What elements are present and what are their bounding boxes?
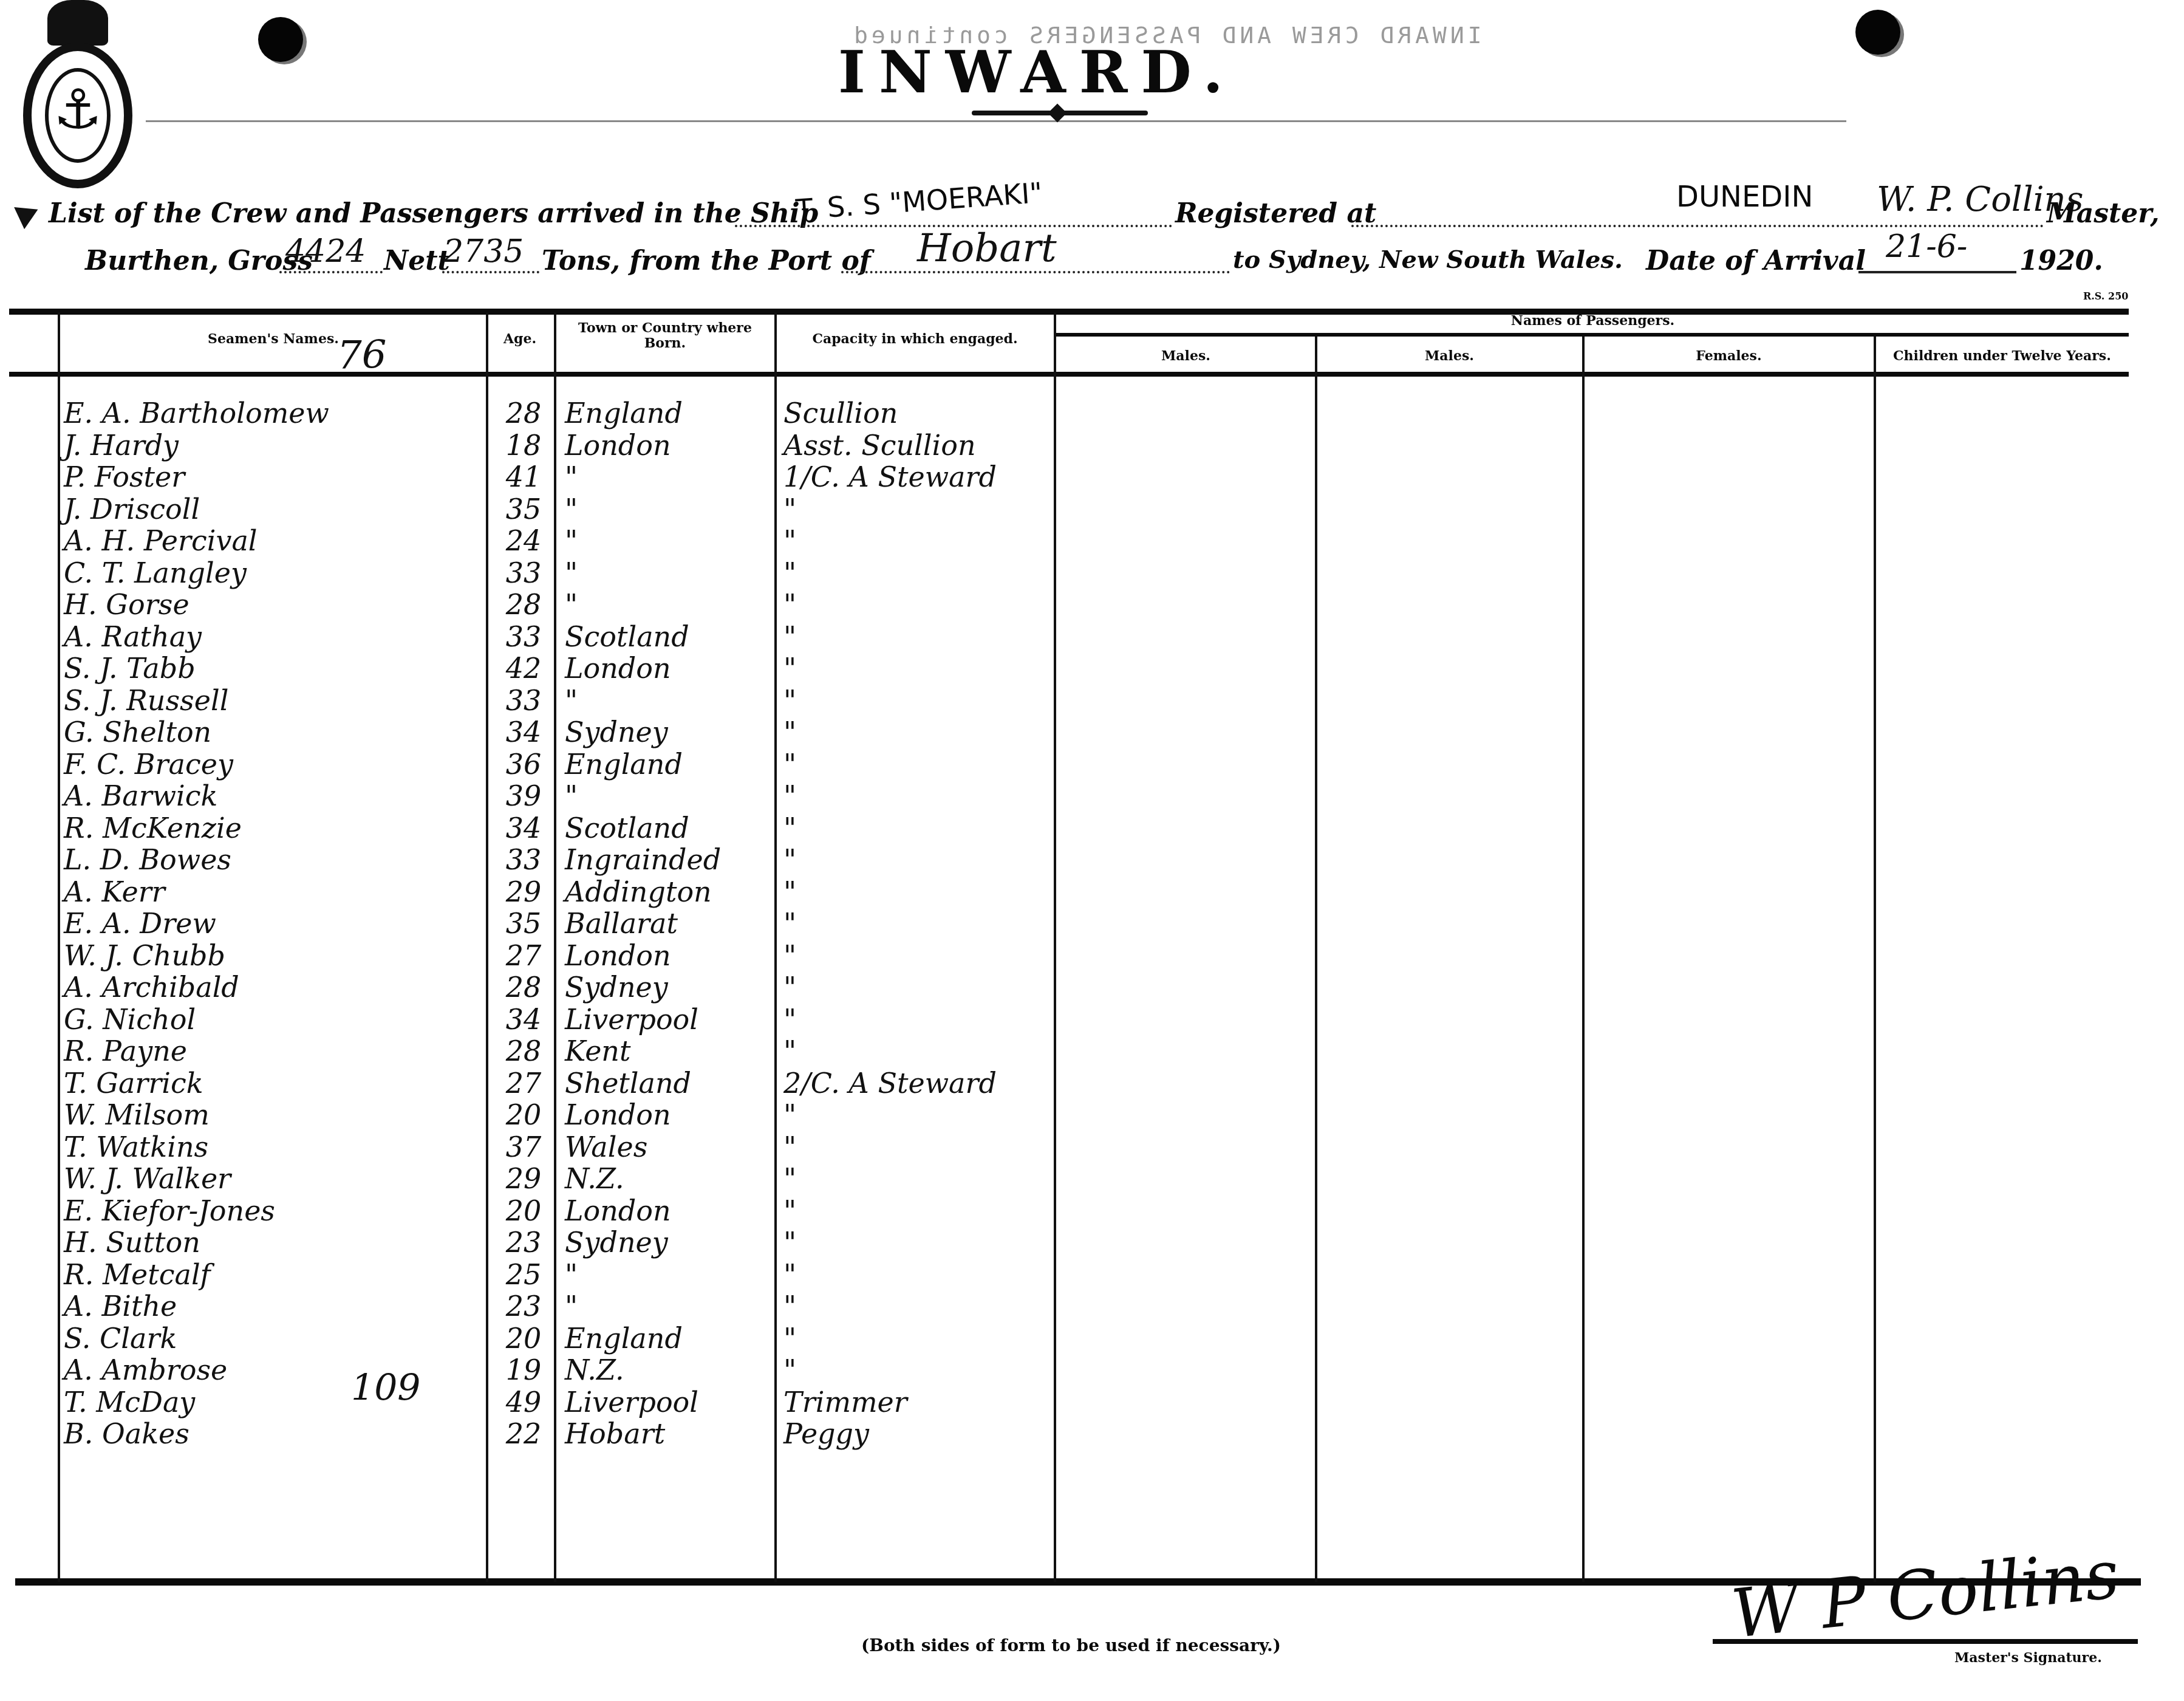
- birthplace: Sydney: [565, 1227, 668, 1258]
- birthplace: Hobart: [565, 1418, 665, 1449]
- age: 24: [499, 525, 548, 556]
- table-row: S. J. Russell33"": [0, 685, 1054, 716]
- age: 36: [499, 748, 548, 780]
- age: 23: [499, 1290, 548, 1322]
- table-row: J. Hardy18LondonAsst. Scullion: [0, 430, 1054, 461]
- gross-tons-value: 4424: [285, 233, 366, 270]
- column-divider: [1315, 337, 1317, 1582]
- table-row: W. Milsom20London": [0, 1099, 1054, 1131]
- nett-field-line: [442, 271, 539, 273]
- header-line1-label: List of the Crew and Passengers arrived …: [49, 198, 818, 229]
- capacity: ": [783, 1227, 796, 1258]
- seaman-name: J. Hardy: [64, 430, 179, 461]
- capacity: ": [783, 971, 796, 1003]
- age: 25: [499, 1259, 548, 1290]
- seaman-name: T. Garrick: [64, 1067, 203, 1099]
- table-header-rule: [9, 372, 2129, 377]
- seaman-name: B. Oakes: [64, 1418, 189, 1449]
- birthplace: Liverpool: [565, 1004, 698, 1035]
- seaman-name: A. Barwick: [64, 780, 217, 812]
- side-count-annotation: 109: [351, 1367, 421, 1409]
- birthplace: England: [565, 748, 683, 780]
- capacity: ": [783, 589, 796, 620]
- age: 35: [499, 908, 548, 939]
- age: 29: [499, 1163, 548, 1194]
- table-row: A. Ambrose19N.Z.": [0, 1354, 1054, 1386]
- birthplace: N.Z.: [565, 1163, 624, 1194]
- table-row: E. A. Drew35Ballarat": [0, 908, 1054, 939]
- table-row: E. A. Bartholomew28EnglandScullion: [0, 397, 1054, 429]
- gross-field-line: [279, 271, 383, 273]
- col-header-passengers-group: Names of Passengers.: [1057, 313, 2129, 329]
- birthplace: ": [565, 525, 578, 556]
- capacity: ": [783, 1099, 796, 1131]
- birthplace: London: [565, 430, 671, 461]
- crown-icon: [47, 0, 108, 46]
- seaman-name: S. Clark: [64, 1323, 177, 1354]
- birthplace: Wales: [565, 1131, 647, 1163]
- age: 29: [499, 876, 548, 908]
- arrival-date-field-line: [1858, 271, 2016, 273]
- age: 28: [499, 589, 548, 620]
- seaman-name: W. Milsom: [64, 1099, 210, 1131]
- age: 37: [499, 1131, 548, 1163]
- nett-label: Nett: [384, 245, 450, 276]
- table-row: A. H. Percival24"": [0, 525, 1054, 556]
- capacity: ": [783, 493, 796, 525]
- nett-tons-value: 2735: [443, 233, 524, 270]
- table-row: A. Rathay33Scotland": [0, 621, 1054, 652]
- seaman-name: W. J. Chubb: [64, 940, 225, 971]
- age: 33: [499, 844, 548, 875]
- burthen-gross-label: Burthen, Gross: [85, 245, 313, 276]
- capacity: ": [783, 1259, 796, 1290]
- table-row: H. Gorse28"": [0, 589, 1054, 620]
- birthplace: ": [565, 461, 578, 493]
- birthplace: Addington: [565, 876, 712, 908]
- age: 28: [499, 397, 548, 429]
- column-divider: [1582, 337, 1585, 1582]
- page-title: INWARD.: [838, 38, 1237, 106]
- seaman-name: G. Shelton: [64, 716, 211, 748]
- birthplace: Liverpool: [565, 1386, 698, 1418]
- birthplace: ": [565, 1259, 578, 1290]
- passengers-group-rule: [1054, 333, 2129, 337]
- table-row: E. Kiefor-Jones20London": [0, 1195, 1054, 1227]
- from-port-field-line: [841, 271, 1230, 273]
- birthplace: England: [565, 1323, 683, 1354]
- seaman-name: A. Archibald: [64, 971, 239, 1003]
- birthplace: Shetland: [565, 1067, 691, 1099]
- birthplace: Scotland: [565, 812, 689, 844]
- col-header-females: Females.: [1584, 349, 1874, 364]
- capacity: ": [783, 557, 796, 589]
- seaman-name: A. Bithe: [64, 1290, 177, 1322]
- age: 27: [499, 940, 548, 971]
- table-row: A. Bithe23"": [0, 1290, 1054, 1322]
- capacity: ": [783, 1163, 796, 1194]
- birthplace: ": [565, 780, 578, 812]
- capacity: ": [783, 940, 796, 971]
- age: 22: [499, 1418, 548, 1449]
- capacity: ": [783, 1131, 796, 1163]
- from-port-value: Hobart: [917, 226, 1057, 271]
- birthplace: England: [565, 397, 683, 429]
- master-label: Master,: [2047, 198, 2160, 229]
- seaman-name: P. Foster: [64, 461, 185, 493]
- table-row: F. C. Bracey36England": [0, 748, 1054, 780]
- seaman-name: R. McKenzie: [64, 812, 242, 844]
- birthplace: Ingrainded: [565, 844, 721, 875]
- col-header-children: Children under Twelve Years.: [1875, 349, 2129, 364]
- birthplace: London: [565, 652, 671, 684]
- table-row: C. T. Langley33"": [0, 557, 1054, 589]
- seaman-name: L. D. Bowes: [64, 844, 231, 875]
- table-row: J. Driscoll35"": [0, 493, 1054, 525]
- table-row: G. Shelton34Sydney": [0, 716, 1054, 748]
- seaman-name: A. Ambrose: [64, 1354, 227, 1386]
- capacity: ": [783, 685, 796, 716]
- age: 28: [499, 971, 548, 1003]
- to-sydney-label: to Sydney, New South Wales.: [1233, 245, 1623, 274]
- birthplace: Scotland: [565, 621, 689, 652]
- age: 34: [499, 1004, 548, 1035]
- seaman-name: R. Payne: [64, 1035, 187, 1067]
- table-row: P. Foster41"1/C. A Steward: [0, 461, 1054, 493]
- seaman-name: A. Kerr: [64, 876, 165, 908]
- birthplace: Kent: [565, 1035, 630, 1067]
- birthplace: London: [565, 940, 671, 971]
- birthplace: Sydney: [565, 716, 668, 748]
- age: 18: [499, 430, 548, 461]
- birthplace: Ballarat: [565, 908, 678, 939]
- seaman-name: G. Nichol: [64, 1004, 196, 1035]
- age: 33: [499, 685, 548, 716]
- col-header-males-1: Males.: [1057, 349, 1315, 364]
- table-row: R. Payne28Kent": [0, 1035, 1054, 1067]
- table-row: T. Garrick27Shetland2/C. A Steward: [0, 1067, 1054, 1099]
- age: 28: [499, 1035, 548, 1067]
- birthplace: N.Z.: [565, 1354, 624, 1386]
- column-divider: [1874, 337, 1876, 1582]
- seaman-name: E. Kiefor-Jones: [64, 1195, 275, 1227]
- capacity: ": [783, 1195, 796, 1227]
- seaman-name: W. J. Walker: [64, 1163, 231, 1194]
- capacity: ": [783, 1004, 796, 1035]
- capacity: ": [783, 525, 796, 556]
- seaman-name: E. A. Bartholomew: [64, 397, 329, 429]
- col-header-town-born: Town or Country where Born.: [556, 321, 774, 352]
- table-row: W. J. Walker29N.Z.": [0, 1163, 1054, 1194]
- seaman-name: S. J. Russell: [64, 685, 228, 716]
- capacity: ": [783, 1290, 796, 1322]
- age: 49: [499, 1386, 548, 1418]
- capacity: ": [783, 812, 796, 844]
- age: 20: [499, 1323, 548, 1354]
- capacity: ": [783, 1323, 796, 1354]
- seaman-name: J. Driscoll: [64, 493, 200, 525]
- birthplace: ": [565, 1290, 578, 1322]
- table-row: R. Metcalf25"": [0, 1259, 1054, 1290]
- seaman-name: F. C. Bracey: [64, 748, 233, 780]
- col-header-capacity: Capacity in which engaged.: [776, 332, 1054, 347]
- col-header-males-2: Males.: [1317, 349, 1582, 364]
- table-row: A. Archibald28Sydney": [0, 971, 1054, 1003]
- age: 33: [499, 621, 548, 652]
- table-row: B. Oakes22HobartPeggy: [0, 1418, 1054, 1449]
- col-header-age: Age.: [486, 332, 554, 347]
- capacity: Peggy: [783, 1418, 869, 1449]
- capacity: ": [783, 844, 796, 875]
- seaman-name: H. Sutton: [64, 1227, 200, 1258]
- capacity: Trimmer: [783, 1386, 907, 1418]
- table-row: T. McDay49LiverpoolTrimmer: [0, 1386, 1054, 1418]
- anchor-icon: ⚓: [32, 83, 124, 137]
- capacity: Asst. Scullion: [783, 430, 976, 461]
- age: 19: [499, 1354, 548, 1386]
- registered-at-field-line: [1351, 225, 2044, 227]
- age: 34: [499, 812, 548, 844]
- column-divider: [1054, 312, 1056, 1582]
- ship-name-value: T. S. S "MOERAKI": [795, 176, 1044, 226]
- capacity: ": [783, 908, 796, 939]
- capacity: Scullion: [783, 397, 898, 429]
- table-row: S. Clark20England": [0, 1323, 1054, 1354]
- birthplace: London: [565, 1195, 671, 1227]
- col-header-seamens-names: Seamen's Names.: [61, 332, 486, 347]
- table-row: S. J. Tabb42London": [0, 652, 1054, 684]
- table-row: G. Nichol34Liverpool": [0, 1004, 1054, 1035]
- capacity: 2/C. A Steward: [783, 1067, 997, 1099]
- title-flourish: [972, 111, 1148, 115]
- age: 41: [499, 461, 548, 493]
- capacity: 1/C. A Steward: [783, 461, 997, 493]
- table-row: T. Watkins37Wales": [0, 1131, 1054, 1163]
- faint-top-rule: [146, 120, 1846, 122]
- table-row: L. D. Bowes33Ingrainded": [0, 844, 1054, 875]
- capacity: ": [783, 716, 796, 748]
- punch-hole-left: [258, 17, 303, 62]
- age: 20: [499, 1195, 548, 1227]
- master-signature-label: Master's Signature.: [1954, 1650, 2102, 1666]
- seaman-name: H. Gorse: [64, 589, 189, 620]
- table-row: A. Barwick39"": [0, 780, 1054, 812]
- capacity: ": [783, 1354, 796, 1386]
- capacity: ": [783, 1035, 796, 1067]
- capacity: ": [783, 652, 796, 684]
- shipping-office-seal: ⚓: [23, 43, 132, 188]
- age: 27: [499, 1067, 548, 1099]
- age: 39: [499, 780, 548, 812]
- birthplace: London: [565, 1099, 671, 1131]
- table-row: H. Sutton23Sydney": [0, 1227, 1054, 1258]
- age: 20: [499, 1099, 548, 1131]
- form-number: R.S. 250: [2083, 290, 2128, 302]
- seaman-name: E. A. Drew: [64, 908, 216, 939]
- birthplace: Sydney: [565, 971, 668, 1003]
- capacity: ": [783, 780, 796, 812]
- names-count-annotation: 76: [337, 333, 386, 378]
- birthplace: ": [565, 493, 578, 525]
- master-signature: W P Collins: [1728, 1535, 2123, 1653]
- seaman-name: A. H. Percival: [64, 525, 258, 556]
- age: 42: [499, 652, 548, 684]
- age: 34: [499, 716, 548, 748]
- arrival-year-value: 1920.: [2019, 245, 2103, 276]
- tons-from-port-label: Tons, from the Port of: [542, 245, 871, 276]
- seaman-name: C. T. Langley: [64, 557, 247, 589]
- birthplace: ": [565, 557, 578, 589]
- seaman-name: A. Rathay: [64, 621, 202, 652]
- arrival-day-month-value: 21-6-: [1886, 228, 1967, 265]
- registered-at-label: Registered at: [1175, 198, 1376, 229]
- birthplace: ": [565, 589, 578, 620]
- capacity: ": [783, 748, 796, 780]
- age: 33: [499, 557, 548, 589]
- capacity: ": [783, 621, 796, 652]
- seaman-name: T. McDay: [64, 1386, 195, 1418]
- registered-at-value: DUNEDIN: [1676, 180, 1813, 214]
- seaman-name: S. J. Tabb: [64, 652, 196, 684]
- capacity: ": [783, 876, 796, 908]
- seaman-name: T. Watkins: [64, 1131, 208, 1163]
- age: 35: [499, 493, 548, 525]
- table-row: A. Kerr29Addington": [0, 876, 1054, 908]
- table-row: R. McKenzie34Scotland": [0, 812, 1054, 844]
- footer-note: (Both sides of form to be used if necess…: [861, 1635, 1281, 1655]
- age: 23: [499, 1227, 548, 1258]
- date-of-arrival-label: Date of Arrival: [1646, 245, 1866, 276]
- punch-hole-right: [1855, 10, 1900, 55]
- seaman-name: R. Metcalf: [64, 1259, 211, 1290]
- birthplace: ": [565, 685, 578, 716]
- table-row: W. J. Chubb27London": [0, 940, 1054, 971]
- pointing-hand-icon: [14, 199, 43, 230]
